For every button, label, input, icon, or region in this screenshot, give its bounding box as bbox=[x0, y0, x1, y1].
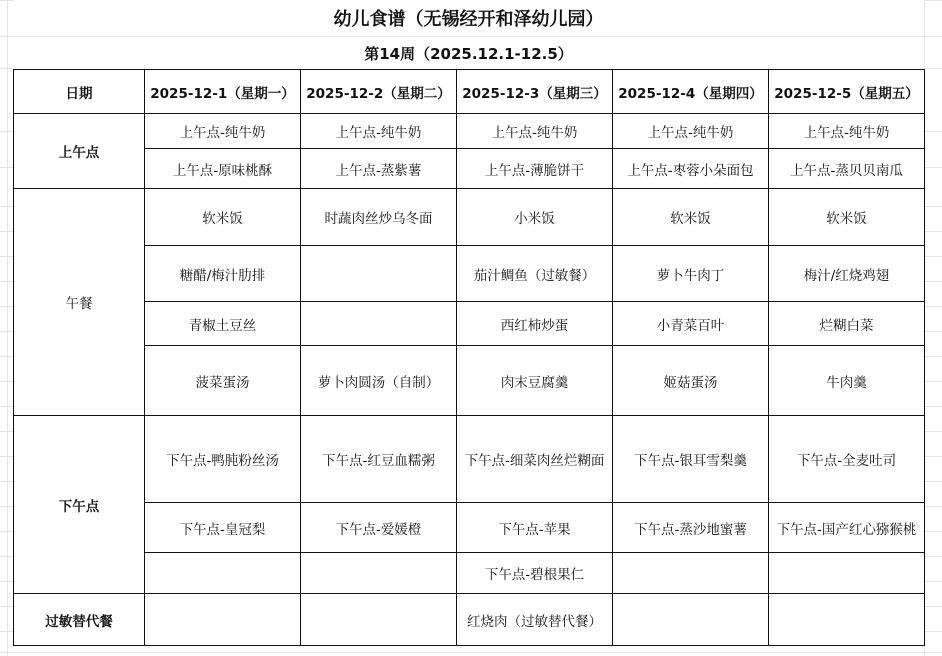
menu-cell: 时蔬肉丝炒乌冬面 bbox=[301, 189, 457, 246]
menu-cell: 梅汁/红烧鸡翅 bbox=[769, 246, 925, 302]
day-header-thu: 2025-12-4（星期四） bbox=[613, 70, 769, 114]
menu-cell: 下午点-国产红心猕猴桃 bbox=[769, 503, 925, 553]
table-row: 下午点 下午点-鸭肫粉丝汤 下午点-红豆血糯粥 下午点-细菜肉丝烂糊面 下午点-… bbox=[14, 416, 925, 503]
table-row: 过敏替代餐 红烧肉（过敏替代餐） bbox=[14, 594, 925, 646]
menu-cell: 下午点-银耳雪梨羹 bbox=[613, 416, 769, 503]
menu-cell: 西红柿炒蛋 bbox=[457, 302, 613, 346]
table-row: 青椒土豆丝 西红柿炒蛋 小青菜百叶 烂糊白菜 bbox=[14, 302, 925, 346]
table-row: 午餐 软米饭 时蔬肉丝炒乌冬面 小米饭 软米饭 软米饭 bbox=[14, 189, 925, 246]
header-row: 日期 2025-12-1（星期一） 2025-12-2（星期二） 2025-12… bbox=[14, 70, 925, 114]
menu-cell: 上午点-原味桃酥 bbox=[145, 149, 301, 189]
menu-cell: 软米饭 bbox=[613, 189, 769, 246]
table-row: 菠菜蛋汤 萝卜肉圆汤（自制） 肉末豆腐羹 姬菇蛋汤 牛肉羹 bbox=[14, 346, 925, 416]
menu-cell: 小青菜百叶 bbox=[613, 302, 769, 346]
day-header-wed: 2025-12-3（星期三） bbox=[457, 70, 613, 114]
menu-cell: 上午点-纯牛奶 bbox=[457, 114, 613, 149]
menu-cell: 糖醋/梅汁肋排 bbox=[145, 246, 301, 302]
menu-cell: 下午点-蒸沙地蜜薯 bbox=[613, 503, 769, 553]
menu-cell: 下午点-爱媛橙 bbox=[301, 503, 457, 553]
menu-cell: 软米饭 bbox=[145, 189, 301, 246]
menu-cell: 萝卜牛肉丁 bbox=[613, 246, 769, 302]
menu-cell: 菠菜蛋汤 bbox=[145, 346, 301, 416]
menu-cell bbox=[769, 594, 925, 646]
section-label-lunch: 午餐 bbox=[14, 189, 145, 416]
menu-cell: 下午点-细菜肉丝烂糊面 bbox=[457, 416, 613, 503]
section-label-afternoon-snack: 下午点 bbox=[14, 416, 145, 594]
menu-cell bbox=[301, 302, 457, 346]
menu-cell: 青椒土豆丝 bbox=[145, 302, 301, 346]
menu-cell bbox=[301, 594, 457, 646]
menu-cell bbox=[145, 594, 301, 646]
page-title: 幼儿食谱（无锡经开和泽幼儿园） bbox=[13, 0, 924, 36]
table-row: 糖醋/梅汁肋排 茄汁鲷鱼（过敏餐） 萝卜牛肉丁 梅汁/红烧鸡翅 bbox=[14, 246, 925, 302]
menu-cell: 小米饭 bbox=[457, 189, 613, 246]
date-header: 日期 bbox=[14, 70, 145, 114]
menu-cell: 烂糊白菜 bbox=[769, 302, 925, 346]
menu-cell bbox=[145, 553, 301, 594]
menu-cell: 上午点-枣蓉小朵面包 bbox=[613, 149, 769, 189]
menu-cell bbox=[301, 246, 457, 302]
menu-cell: 上午点-蒸贝贝南瓜 bbox=[769, 149, 925, 189]
menu-table: 日期 2025-12-1（星期一） 2025-12-2（星期二） 2025-12… bbox=[13, 69, 925, 646]
menu-cell: 上午点-纯牛奶 bbox=[145, 114, 301, 149]
menu-cell: 上午点-纯牛奶 bbox=[769, 114, 925, 149]
menu-cell: 茄汁鲷鱼（过敏餐） bbox=[457, 246, 613, 302]
menu-cell: 下午点-苹果 bbox=[457, 503, 613, 553]
menu-cell: 下午点-碧根果仁 bbox=[457, 553, 613, 594]
table-row: 下午点-皇冠梨 下午点-爱媛橙 下午点-苹果 下午点-蒸沙地蜜薯 下午点-国产红… bbox=[14, 503, 925, 553]
menu-cell: 上午点-纯牛奶 bbox=[613, 114, 769, 149]
table-row: 上午点 上午点-纯牛奶 上午点-纯牛奶 上午点-纯牛奶 上午点-纯牛奶 上午点-… bbox=[14, 114, 925, 149]
menu-cell: 上午点-蒸紫薯 bbox=[301, 149, 457, 189]
section-label-morning-snack: 上午点 bbox=[14, 114, 145, 189]
menu-cell: 下午点-鸭肫粉丝汤 bbox=[145, 416, 301, 503]
section-label-allergy: 过敏替代餐 bbox=[14, 594, 145, 646]
table-row: 上午点-原味桃酥 上午点-蒸紫薯 上午点-薄脆饼干 上午点-枣蓉小朵面包 上午点… bbox=[14, 149, 925, 189]
menu-cell: 肉末豆腐羹 bbox=[457, 346, 613, 416]
menu-cell: 上午点-纯牛奶 bbox=[301, 114, 457, 149]
menu-cell bbox=[769, 553, 925, 594]
menu-cell: 红烧肉（过敏替代餐） bbox=[457, 594, 613, 646]
menu-cell: 下午点-全麦吐司 bbox=[769, 416, 925, 503]
menu-cell bbox=[613, 594, 769, 646]
menu-cell: 上午点-薄脆饼干 bbox=[457, 149, 613, 189]
menu-cell: 下午点-皇冠梨 bbox=[145, 503, 301, 553]
table-row: 下午点-碧根果仁 bbox=[14, 553, 925, 594]
day-header-mon: 2025-12-1（星期一） bbox=[145, 70, 301, 114]
menu-cell bbox=[301, 553, 457, 594]
menu-cell: 萝卜肉圆汤（自制） bbox=[301, 346, 457, 416]
week-subtitle: 第14周（2025.12.1-12.5） bbox=[13, 37, 924, 69]
menu-cell: 姬菇蛋汤 bbox=[613, 346, 769, 416]
day-header-fri: 2025-12-5（星期五） bbox=[769, 70, 925, 114]
menu-cell: 软米饭 bbox=[769, 189, 925, 246]
menu-cell: 下午点-红豆血糯粥 bbox=[301, 416, 457, 503]
day-header-tue: 2025-12-2（星期二） bbox=[301, 70, 457, 114]
menu-cell bbox=[613, 553, 769, 594]
menu-cell: 牛肉羹 bbox=[769, 346, 925, 416]
